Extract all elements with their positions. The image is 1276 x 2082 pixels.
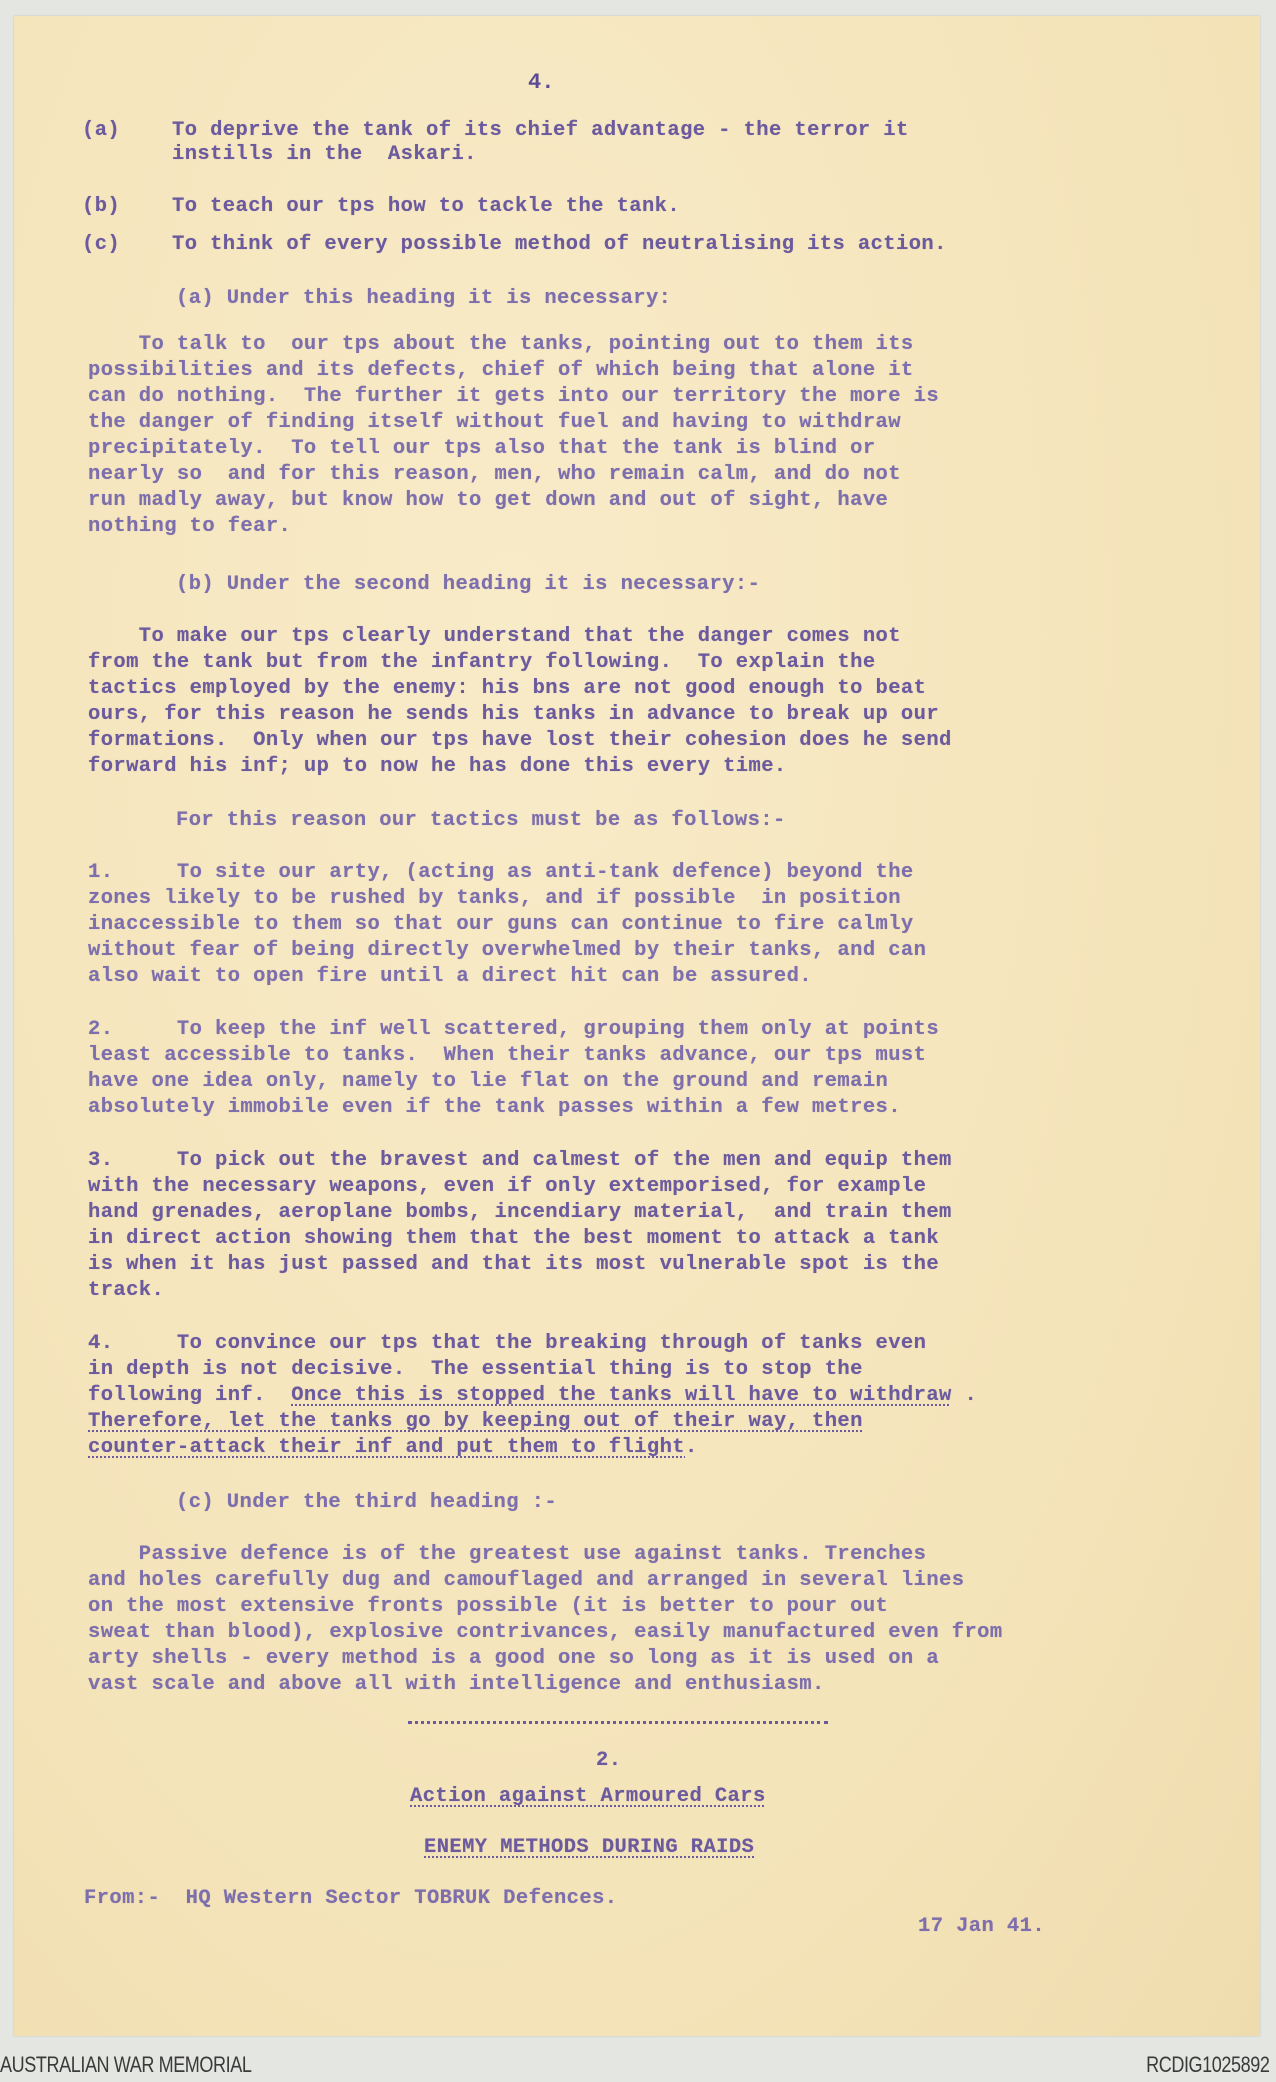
tactics-intro: For this reason our tactics must be as f…: [176, 808, 786, 835]
point-line: with the necessary weapons, even if only…: [88, 1174, 926, 1201]
section-b-heading: (b) Under the second heading it is neces…: [176, 572, 760, 599]
document-date: 17 Jan 41.: [918, 1914, 1045, 1941]
point-line: is when it has just passed and that its …: [88, 1252, 939, 1279]
paragraph-line: To make our tps clearly understand that …: [88, 624, 901, 651]
paragraph-line: nearly so and for this reason, men, who …: [88, 462, 901, 489]
record-id: RCDIG1025892: [1147, 2052, 1270, 2078]
paragraph-line: ours, for this reason he sends his tanks…: [88, 702, 939, 729]
underlined-text: Therefore, let the tanks go by keeping o…: [88, 1410, 863, 1433]
list-item-a-line-2: instills in the Askari.: [172, 142, 477, 169]
point-line: 2. To keep the inf well scattered, group…: [88, 1017, 939, 1044]
point-line: Therefore, let the tanks go by keeping o…: [88, 1409, 863, 1436]
paragraph-line: sweat than blood), explosive contrivance…: [88, 1620, 1003, 1647]
paragraph-line: possibilities and its defects, chief of …: [88, 358, 914, 385]
point-text: .: [952, 1384, 977, 1407]
paragraph-line: can do nothing. The further it gets into…: [88, 384, 939, 411]
list-marker-c: (c): [82, 232, 120, 259]
point-text: following inf.: [88, 1384, 291, 1407]
paragraph-line: from the tank but from the infantry foll…: [88, 650, 876, 677]
point-line: counter-attack their inf and put them to…: [88, 1435, 698, 1462]
point-line: least accessible to tanks. When their ta…: [88, 1043, 926, 1070]
paragraph-line: Passive defence is of the greatest use a…: [88, 1542, 926, 1569]
point-line: following inf. Once this is stopped the …: [88, 1383, 977, 1410]
list-marker-a: (a): [82, 118, 120, 145]
paragraph-line: precipitately. To tell our tps also that…: [88, 436, 876, 463]
paragraph-line: on the most extensive fronts possible (i…: [88, 1594, 888, 1621]
underlined-text: counter-attack their inf and put them to…: [88, 1436, 685, 1459]
point-line: inaccessible to them so that our guns ca…: [88, 912, 914, 939]
paragraph-line: tactics employed by the enemy: his bns a…: [88, 676, 926, 703]
section-divider: [408, 1721, 828, 1724]
page-number: 4.: [528, 70, 554, 95]
list-item-c: To think of every possible method of neu…: [172, 232, 947, 259]
point-line: in direct action showing them that the b…: [88, 1226, 939, 1253]
point-line: 3. To pick out the bravest and calmest o…: [88, 1148, 952, 1175]
paragraph-line: and holes carefully dug and camouflaged …: [88, 1568, 964, 1595]
point-line: in depth is not decisive. The essential …: [88, 1357, 863, 1384]
point-line: 4. To convince our tps that the breaking…: [88, 1331, 926, 1358]
point-line: have one idea only, namely to lie flat o…: [88, 1069, 888, 1096]
paragraph-line: run madly away, but know how to get down…: [88, 488, 888, 515]
paragraph-line: nothing to fear.: [88, 514, 291, 541]
paragraph-line: arty shells - every method is a good one…: [88, 1646, 939, 1673]
point-line: also wait to open fire until a direct hi…: [88, 964, 812, 991]
point-line: without fear of being directly overwhelm…: [88, 938, 926, 965]
section-2-title: Action against Armoured Cars: [410, 1784, 766, 1811]
list-item-a-line-1: To deprive the tank of its chief advanta…: [172, 118, 909, 145]
point-line: track.: [88, 1278, 164, 1305]
paragraph-line: forward his inf; up to now he has done t…: [88, 754, 787, 781]
list-item-b: To teach our tps how to tackle the tank.: [172, 194, 680, 221]
section-c-heading: (c) Under the third heading :-: [176, 1490, 557, 1517]
paragraph-line: formations. Only when our tps have lost …: [88, 728, 952, 755]
point-line: absolutely immobile even if the tank pas…: [88, 1095, 901, 1122]
section-2-number: 2.: [596, 1748, 621, 1775]
point-line: 1. To site our arty, (acting as anti-tan…: [88, 860, 914, 887]
list-marker-b: (b): [82, 194, 120, 221]
from-line: From:- HQ Western Sector TOBRUK Defences…: [84, 1886, 617, 1913]
section-a-heading: (a) Under this heading it is necessary:: [176, 286, 671, 313]
section-2-subtitle: ENEMY METHODS DURING RAIDS: [424, 1835, 754, 1862]
point-line: zones likely to be rushed by tanks, and …: [88, 886, 901, 913]
point-text: .: [685, 1436, 698, 1459]
paragraph-line: To talk to our tps about the tanks, poin…: [88, 332, 914, 359]
point-line: hand grenades, aeroplane bombs, incendia…: [88, 1200, 952, 1227]
archive-name: AUSTRALIAN WAR MEMORIAL: [0, 2052, 252, 2078]
paragraph-line: vast scale and above all with intelligen…: [88, 1672, 825, 1699]
underlined-text: Once this is stopped the tanks will have…: [291, 1384, 952, 1407]
paragraph-line: the danger of finding itself without fue…: [88, 410, 901, 437]
